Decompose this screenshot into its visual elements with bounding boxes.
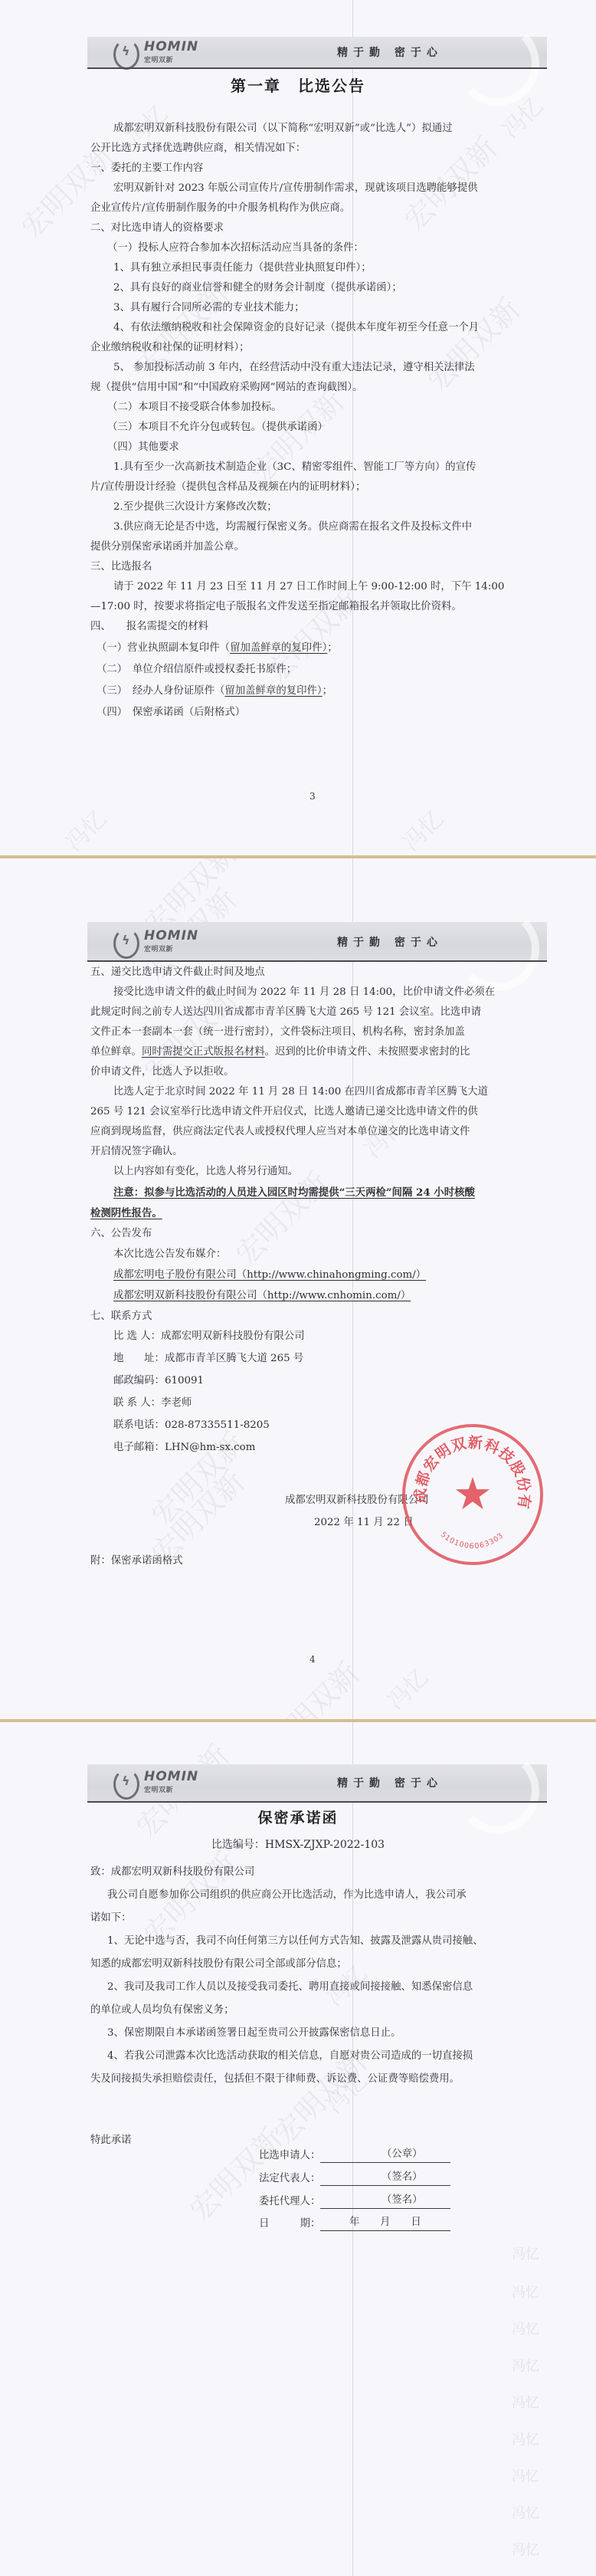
paragraph-line: 此规定时间之前专人送达四川省成都市青羊区腾飞大道 265 号 121 会议室。比… bbox=[90, 1005, 481, 1020]
decorative-arc bbox=[455, 907, 539, 991]
company-motto: 精于勤 密于心 bbox=[337, 1775, 443, 1790]
contact-label: 联系电话： bbox=[113, 1419, 165, 1431]
sign-line-date[interactable] bbox=[320, 2230, 450, 2231]
closing-text: 特此承诺 bbox=[90, 2133, 132, 2148]
paragraph-line: 单位鲜章。同时需提交正式版报名材料。迟到的比价申请文件、未按照要求密封的比 bbox=[90, 1045, 470, 1060]
contact-label: 地 址： bbox=[113, 1353, 165, 1364]
sign-hint: （签名） bbox=[382, 2170, 423, 2185]
logo-subtitle: 宏明双新 bbox=[144, 1784, 173, 1794]
commitment-item: 4、若我公司泄露本次比选活动获取的相关信息，自愿对贵公司造成的一切直接损 bbox=[107, 2049, 473, 2064]
contact-label: 联 系 人： bbox=[113, 1397, 161, 1409]
seal-star-icon: ★ bbox=[405, 1472, 540, 1516]
watermark-mark: 冯忆 bbox=[512, 2318, 539, 2338]
company-logo: ϟ HOMIN 宏明双新 bbox=[113, 1767, 236, 1798]
logo-wordmark: HOMIN bbox=[144, 928, 198, 943]
watermark-mark: 冯忆 bbox=[512, 2502, 539, 2522]
contact-value: 028-87335511-8205 bbox=[165, 1419, 270, 1431]
paragraph-line: 比选人定于北京时间 2022 年 11 月 28 日 14:00 在四川省成都市… bbox=[113, 1085, 488, 1100]
contact-row: 联系电话：028-87335511-8205 bbox=[113, 1418, 270, 1433]
company-seal: 成都宏明双新科技股份有限公司 5101006063303 ★ bbox=[402, 1424, 543, 1565]
paragraph-line: 文件正本一套副本一套（统一进行密封），文件袋标注项目、机构名称，密封条加盖 bbox=[90, 1025, 465, 1040]
commitment-item: 3、保密期限自本承诺函签署日起至贵司公开披露保密信息日止。 bbox=[107, 2026, 401, 2041]
paragraph-line: 应商到现场监督，供应商法定代表人或授权代理人应当对本单位递交的比选申请文件 bbox=[90, 1124, 470, 1140]
sign-hint: （签名） bbox=[382, 2193, 423, 2208]
contact-row: 邮政编码：610091 bbox=[113, 1373, 204, 1389]
publication-link-homin[interactable]: 成都宏明双新科技股份有限公司（http://www.cnhomin.com/） bbox=[113, 1288, 411, 1304]
sign-hint: 年 月 日 bbox=[349, 2215, 421, 2230]
contact-row: 地 址：成都市青羊区腾飞大道 265 号 bbox=[113, 1351, 303, 1367]
watermark-mark: 冯忆 bbox=[512, 2355, 539, 2375]
section-heading: 七、联系方式 bbox=[90, 1309, 152, 1324]
signature-date: 2022 年 11 月 22 日 bbox=[314, 1515, 414, 1531]
covid-notice: 注意：拟参与比选活动的人员进入园区时均需提供“三天两检”间隔 24 小时核酸 bbox=[113, 1185, 475, 1200]
contact-row: 比 选 人：成都宏明双新科技股份有限公司 bbox=[113, 1329, 305, 1344]
letterhead-rule bbox=[87, 1801, 547, 1803]
logo-wordmark: HOMIN bbox=[144, 1769, 198, 1784]
contact-value: 李老师 bbox=[161, 1397, 192, 1409]
svg-text:5101006063303: 5101006063303 bbox=[439, 1531, 506, 1551]
letterhead-band: ϟ HOMIN 宏明双新 精于勤 密于心 bbox=[87, 1764, 547, 1801]
confidentiality-letter-page: 宏明双新 宏明双新 冯忆 宏明双新 冯忆 宏明双新 ϟ HOMIN 宏明双新 精… bbox=[0, 1722, 596, 2576]
letter-addressee: 致：成都宏明双新科技股份有限公司 bbox=[90, 1865, 254, 1880]
paragraph-line: 以上内容如有变化，比选人将另行通知。 bbox=[113, 1164, 298, 1180]
letterhead-rule bbox=[87, 960, 547, 962]
paragraph-line: 开启情况签字确认。 bbox=[90, 1144, 183, 1160]
logo-subtitle: 宏明双新 bbox=[144, 943, 173, 953]
page-3-lower bbox=[0, 0, 596, 855]
contact-label: 比 选 人： bbox=[113, 1331, 161, 1342]
paragraph-line: 265 号 121 会议室举行比选申请文件开启仪式，比选人邀请已递交比选申请文件… bbox=[90, 1104, 478, 1120]
company-motto: 精于勤 密于心 bbox=[337, 934, 443, 950]
sign-line-legal-rep[interactable] bbox=[320, 2185, 450, 2186]
watermark-mark: 冯忆 bbox=[512, 2466, 539, 2486]
letterhead-band: ϟ HOMIN 宏明双新 精于勤 密于心 bbox=[87, 922, 547, 960]
watermark: 宏明双新 bbox=[140, 1421, 252, 1533]
contact-value: 610091 bbox=[165, 1375, 204, 1386]
paragraph-line: 我公司自愿参加你公司组织的供应商公开比选活动，作为比选申请人，我公司承 bbox=[107, 1888, 467, 1903]
sign-label-date: 日 期： bbox=[259, 2217, 320, 2232]
contact-row: 联 系 人：李老师 bbox=[113, 1396, 192, 1411]
paragraph-line: 本次比选公告发布媒介： bbox=[113, 1247, 226, 1262]
watermark-mark: 冯忆 bbox=[512, 2429, 539, 2449]
contact-email[interactable]: LHN@hm-sx.com bbox=[165, 1442, 255, 1453]
commitment-item: 知悉的成都宏明双新科技股份有限公司全部或部分信息； bbox=[90, 1957, 347, 1972]
underlined-requirement: 同时需提交正式版报名材料 bbox=[142, 1046, 265, 1058]
watermark-mark: 冯忆 bbox=[512, 2539, 539, 2559]
commitment-item: 1、无论中选与否，我司不向任何第三方以任何方式告知、披露及泄露从贵司接触、 bbox=[107, 1934, 483, 1949]
watermark: 冯忆 bbox=[378, 1659, 434, 1716]
contact-label: 邮政编码： bbox=[113, 1375, 165, 1386]
contact-value: 成都宏明双新科技股份有限公司 bbox=[161, 1331, 304, 1342]
contact-row: 电子邮箱：LHN@hm-sx.com bbox=[113, 1440, 255, 1455]
paragraph-line: 接受比选申请文件的截止时间为 2022 年 11 月 28 日 14:00，比价… bbox=[113, 985, 495, 1000]
sign-hint: （公章） bbox=[382, 2147, 423, 2162]
commitment-item: 的单位或人员均负有保密义务； bbox=[90, 2003, 234, 2018]
lightning-bolt-icon: ϟ bbox=[122, 933, 130, 947]
paragraph-line: 价申请文件，比选人予以拒收。 bbox=[90, 1065, 234, 1080]
commitment-item: 2、我司及我司工作人员以及接受我司委托、聘用直接或间接接触、知悉保密信息 bbox=[107, 1980, 473, 1995]
contact-label: 电子邮箱： bbox=[113, 1442, 165, 1453]
sign-line-agent[interactable] bbox=[320, 2208, 450, 2209]
section-heading: 六、公告发布 bbox=[90, 1226, 152, 1242]
contact-value: 成都市青羊区腾飞大道 265 号 bbox=[165, 1353, 303, 1364]
sign-line-applicant[interactable] bbox=[320, 2162, 450, 2163]
text-segment: 单位鲜章。 bbox=[90, 1046, 142, 1058]
watermark-mark: 冯忆 bbox=[512, 2392, 539, 2412]
sign-label-applicant: 比选申请人： bbox=[259, 2148, 320, 2164]
selection-number: 比选编号：HMSX-ZJXP-2022-103 bbox=[0, 1837, 596, 1852]
lightning-bolt-icon: ϟ bbox=[122, 1774, 130, 1788]
section-heading: 五、递交比选申请文件截止时间及地点 bbox=[90, 965, 265, 980]
covid-notice: 检测阴性报告。 bbox=[90, 1206, 162, 1221]
sign-label-agent: 委托代理人： bbox=[259, 2194, 320, 2210]
watermark-mark: 冯忆 bbox=[512, 2243, 539, 2263]
page-4-announcement: 宏明双新 宏明双新 宏明双新 宏明双新 冯忆 宏明双新 宏明双新 冯忆 宏明双新… bbox=[0, 858, 596, 1719]
sign-label-legal-rep: 法定代表人： bbox=[259, 2171, 320, 2187]
watermark-mark: 冯忆 bbox=[512, 2282, 539, 2302]
paragraph-line: 诺如下： bbox=[90, 1911, 132, 1926]
text-segment: 。迟到的比价申请文件、未按照要求密封的比 bbox=[265, 1046, 470, 1058]
publication-link-hongming[interactable]: 成都宏明电子股份有限公司（http://www.chinahongming.co… bbox=[113, 1268, 426, 1283]
attachment-note: 附：保密承诺函格式 bbox=[90, 1554, 183, 1569]
letter-title: 保密承诺函 bbox=[0, 1806, 596, 1827]
company-logo: ϟ HOMIN 宏明双新 bbox=[113, 927, 236, 957]
page-number: 4 bbox=[309, 1654, 316, 1665]
commitment-item: 失及间接损失承担赔偿责任，包括但不限于律师费、诉讼费、公证费等赔偿费用。 bbox=[90, 2072, 460, 2087]
